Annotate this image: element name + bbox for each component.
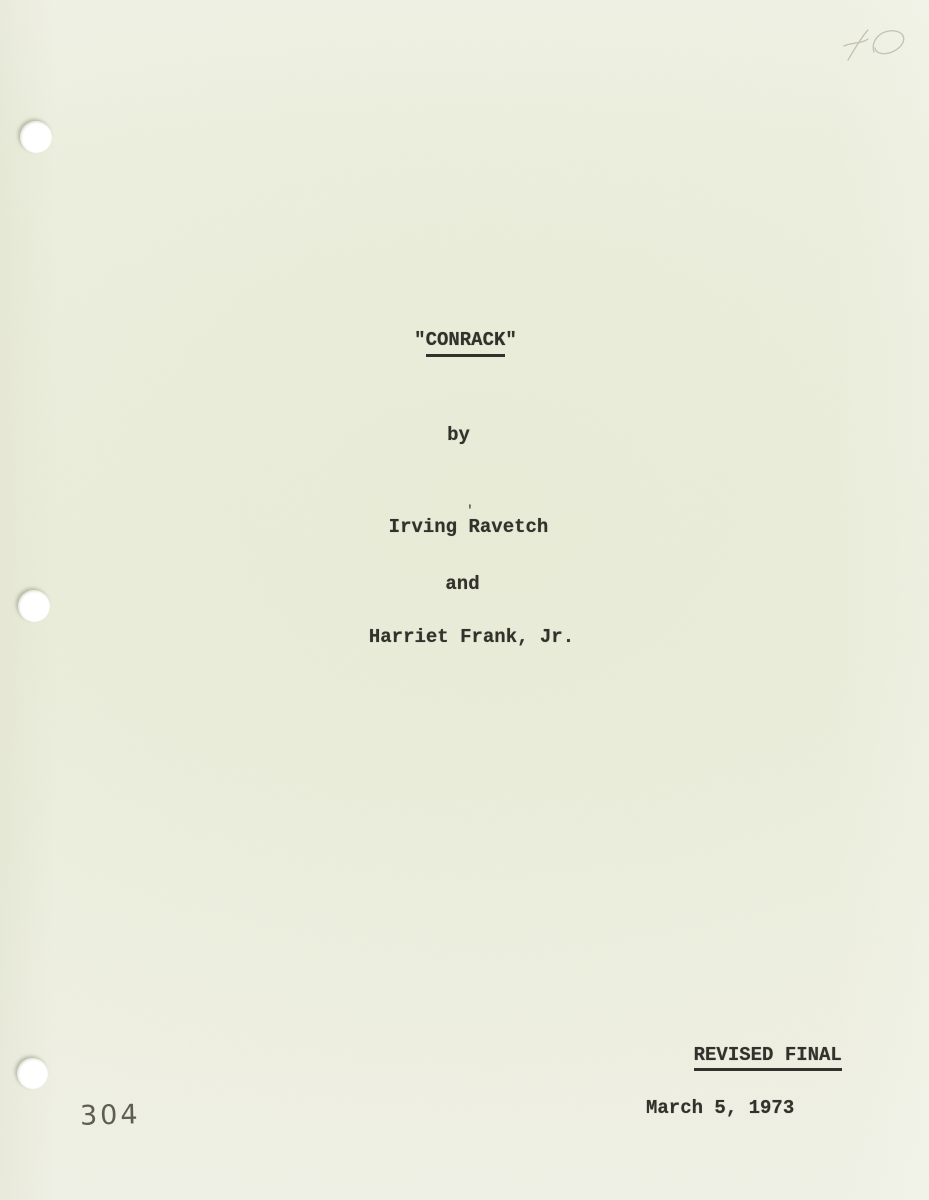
author-conjunction: and: [0, 575, 927, 594]
punch-hole-bottom: [17, 1058, 48, 1089]
revision-status: REVISED FINAL: [694, 1043, 842, 1071]
author-1: Irving Ravetch: [4, 518, 929, 537]
pencil-scribble: [838, 24, 916, 68]
script-title: CONRACK: [426, 329, 506, 357]
revision-date: March 5, 1973: [646, 1096, 842, 1120]
revision-block: REVISED FINAL March 5, 1973: [648, 1019, 842, 1168]
author-2: Harriet Frank, Jr.: [7, 628, 929, 647]
punch-hole-middle: [18, 590, 50, 622]
title-close-quote: ": [505, 329, 516, 351]
screenplay-title-page: "CONRACK" by ' Irving Ravetch and Harrie…: [0, 0, 929, 1200]
script-title-line: "CONRACK": [1, 331, 929, 350]
byline: by: [0, 426, 923, 445]
title-open-quote: ": [414, 329, 425, 351]
punch-hole-top: [20, 121, 52, 153]
handwritten-page-number: 304: [80, 1099, 141, 1132]
